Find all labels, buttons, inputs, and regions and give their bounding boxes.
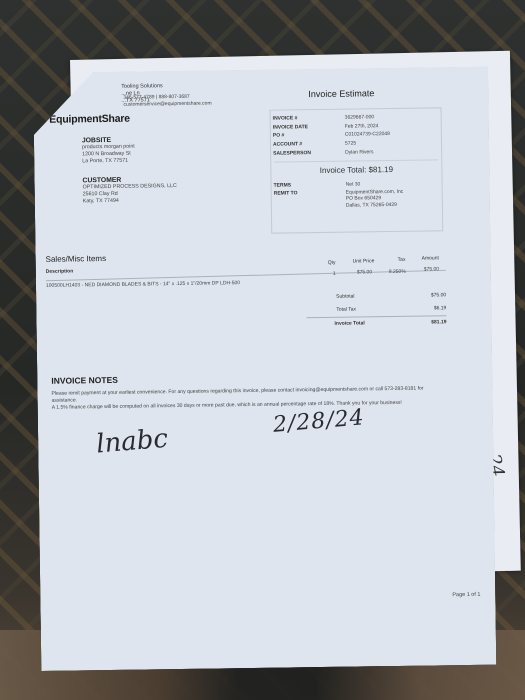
- vendor-email: customerservice@equipmentshare.com: [123, 100, 211, 108]
- invoice-info-box: INVOICE #3629667-000 INVOICE DATEFeb 27t…: [270, 107, 444, 233]
- handwritten-signature: lnabc: [95, 424, 169, 460]
- totals-block: Subtotal$75.00 Total Tax$6.19 Invoice To…: [306, 289, 447, 331]
- invoice-sheet: Tooling Solutions ...ne Ln ...TX 77571 3…: [33, 67, 496, 671]
- jobsite-block: JOBSITE products morgan point 1200 N Bro…: [82, 137, 135, 166]
- items-table-header: Description Qty Unit Price Tax Amount: [46, 263, 446, 269]
- notes-title: INVOICE NOTES: [51, 375, 118, 386]
- divider: [274, 159, 438, 162]
- handwritten-date: 2/28/24: [272, 405, 366, 438]
- invoice-total-heading: Invoice Total: $81.19: [271, 164, 441, 175]
- items-section-title: Sales/Misc Items: [46, 254, 107, 264]
- vendor-contact: 346-577-4789 | 888-807-3687 customerserv…: [123, 94, 211, 108]
- customer-block: CUSTOMER OPTIMIZED PROCESS DESIGNS, LLC …: [82, 176, 177, 206]
- document-title: Invoice Estimate: [308, 88, 374, 99]
- invoice-total-row: Invoice Total$81.19: [306, 315, 446, 331]
- invoice-notes: Please remit payment at your earliest co…: [51, 385, 431, 411]
- remit-to-row: REMIT TO EquipmentShare.com, Inc PO Box …: [272, 188, 442, 211]
- page-indicator: Page 1 of 1: [452, 592, 480, 598]
- salesperson-row: SALESPERSONDylan Rivers: [271, 147, 441, 158]
